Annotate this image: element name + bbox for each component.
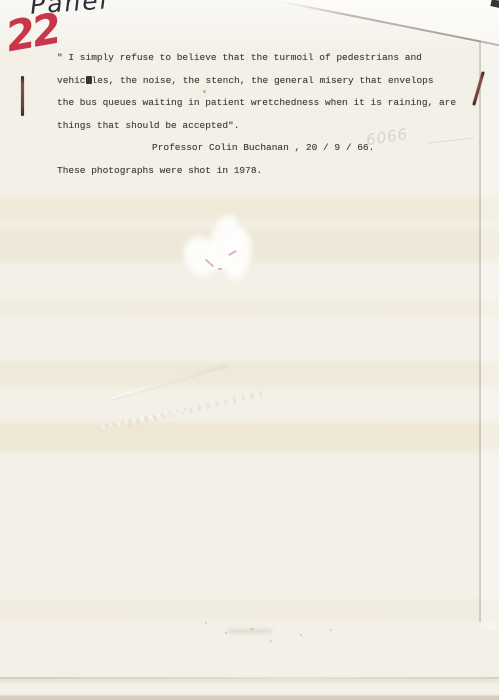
scanned-document-page: Panel 22 6066 " I simply refuse to belie… bbox=[0, 0, 499, 700]
bottom-smudge bbox=[228, 629, 272, 633]
emboss-stroke bbox=[110, 363, 228, 400]
quote-line-2-before: vehic bbox=[57, 75, 86, 86]
bottom-fold-crease bbox=[0, 677, 499, 679]
quote-line-2: vehicles, the noise, the stench, the gen… bbox=[57, 70, 469, 93]
whiteout-ink-trace bbox=[218, 268, 222, 270]
emboss-stroke bbox=[127, 391, 263, 428]
quote-line-1: " I simply refuse to believe that the tu… bbox=[57, 47, 469, 70]
speckle-dot bbox=[270, 640, 272, 642]
staple-left bbox=[21, 76, 24, 116]
embossed-writing-impression bbox=[98, 366, 258, 438]
ink-speck bbox=[203, 90, 206, 93]
typewritten-text-block: " I simply refuse to believe that the tu… bbox=[57, 47, 469, 182]
quote-line-2-after: les, the noise, the stench, the general … bbox=[92, 75, 434, 86]
attribution-line: Professor Colin Buchanan , 20 / 9 / 66. bbox=[57, 137, 469, 160]
top-right-fold-crease bbox=[283, 1, 499, 47]
speckle-dot bbox=[300, 634, 302, 636]
top-right-corner-mark bbox=[490, 0, 499, 8]
right-edge-fold-crease bbox=[479, 42, 481, 622]
handwritten-page-number: 22 bbox=[2, 4, 62, 61]
quote-line-4: things that should be accepted". bbox=[57, 115, 469, 138]
emboss-stroke bbox=[101, 407, 190, 430]
quote-line-3: the bus queues waiting in patient wretch… bbox=[57, 92, 469, 115]
whiteout-smudge bbox=[178, 210, 266, 292]
right-edge-fold-highlight bbox=[481, 40, 499, 630]
speckle-dot bbox=[225, 632, 227, 634]
speckle-dot bbox=[205, 622, 207, 624]
caption-line: These photographs were shot in 1978. bbox=[57, 160, 469, 183]
ink-speck bbox=[344, 58, 346, 60]
speckle-dot bbox=[330, 629, 332, 631]
